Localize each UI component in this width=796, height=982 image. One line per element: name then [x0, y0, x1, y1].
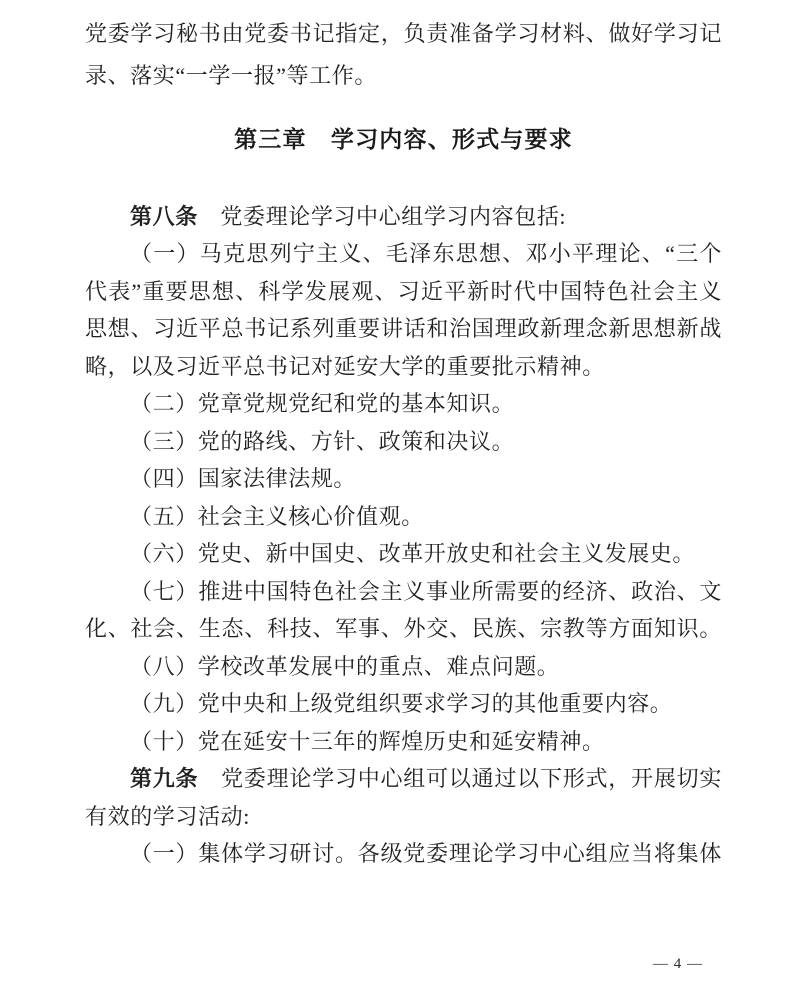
chapter-heading: 第三章 学习内容、形式与要求 — [85, 121, 722, 159]
text-segment: （四）国家法律法规。 — [130, 466, 356, 491]
text-line: （七）推进中国特色社会主义事业所需要的经济、政治、文 — [85, 573, 722, 611]
body-content: 第八条 党委理论学习中心组学习内容包括:（一）马克思列宁主义、毛泽东思想、邓小平… — [85, 198, 722, 873]
text-line: 录、落实“一学一报”等工作。 — [85, 55, 722, 97]
text-segment: （一）集体学习研讨。各级党委理论学习中心组应当将集体 — [130, 841, 722, 866]
text-segment: 党委理论学习中心组可以通过以下形式，开展切实 — [198, 766, 722, 791]
text-segment: 思想、习近平总书记系列重要讲话和治国理政新理念新思想新战 — [85, 316, 722, 341]
text-line: 化、社会、生态、科技、军事、外交、民族、宗教等方面知识。 — [85, 610, 722, 648]
text-line: （四）国家法律法规。 — [85, 460, 722, 498]
text-line: （十）党在延安十三年的辉煌历史和延安精神。 — [85, 723, 722, 761]
text-line: （一）马克思列宁主义、毛泽东思想、邓小平理论、“三个 — [85, 235, 722, 273]
page-number: — 4 — — [653, 956, 703, 973]
document-page: 党委学习秘书由党委书记指定，负责准备学习材料、做好学习记录、落实“一学一报”等工… — [0, 0, 796, 982]
text-segment: （二）党章党规党纪和党的基本知识。 — [130, 391, 514, 416]
text-line: 思想、习近平总书记系列重要讲话和治国理政新理念新思想新战 — [85, 310, 722, 348]
article-number-label: 第九条 — [130, 766, 198, 791]
text-segment: （九）党中央和上级党组织要求学习的其他重要内容。 — [130, 691, 672, 716]
text-segment: （三）党的路线、方针、政策和决议。 — [130, 429, 514, 454]
text-line: （六）党史、新中国史、改革开放史和社会主义发展史。 — [85, 535, 722, 573]
text-line: 有效的学习活动: — [85, 798, 722, 836]
text-line: 第八条 党委理论学习中心组学习内容包括: — [85, 198, 722, 236]
text-line: （九）党中央和上级党组织要求学习的其他重要内容。 — [85, 685, 722, 723]
text-segment: （六）党史、新中国史、改革开放史和社会主义发展史。 — [130, 541, 695, 566]
document-text: 党委学习秘书由党委书记指定，负责准备学习材料、做好学习记录、落实“一学一报”等工… — [85, 13, 722, 873]
text-line: 第九条 党委理论学习中心组可以通过以下形式，开展切实 — [85, 760, 722, 798]
text-line: （二）党章党规党纪和党的基本知识。 — [85, 385, 722, 423]
text-segment: （八）学校改革发展中的重点、难点问题。 — [130, 654, 559, 679]
text-line: 党委学习秘书由党委书记指定，负责准备学习材料、做好学习记 — [85, 13, 722, 55]
text-segment: 党委学习秘书由党委书记指定，负责准备学习材料、做好学习记 — [85, 21, 722, 46]
text-segment: （七）推进中国特色社会主义事业所需要的经济、政治、文 — [130, 579, 722, 604]
text-segment: （五）社会主义核心价值观。 — [130, 504, 424, 529]
text-segment: 略，以及习近平总书记对延安大学的重要批示精神。 — [85, 354, 605, 379]
text-segment: 录、落实“一学一报”等工作。 — [85, 63, 377, 88]
text-segment: 化、社会、生态、科技、军事、外交、民族、宗教等方面知识。 — [85, 616, 722, 641]
text-line: （八）学校改革发展中的重点、难点问题。 — [85, 648, 722, 686]
text-line: 略，以及习近平总书记对延安大学的重要批示精神。 — [85, 348, 722, 386]
text-segment: 代表”重要思想、科学发展观、习近平新时代中国特色社会主义 — [85, 279, 722, 304]
article-number-label: 第八条 — [130, 204, 198, 229]
text-segment: 有效的学习活动: — [85, 804, 250, 829]
text-line: （三）党的路线、方针、政策和决议。 — [85, 423, 722, 461]
text-line: （一）集体学习研讨。各级党委理论学习中心组应当将集体 — [85, 835, 722, 873]
text-line: （五）社会主义核心价值观。 — [85, 498, 722, 536]
text-line: 代表”重要思想、科学发展观、习近平新时代中国特色社会主义 — [85, 273, 722, 311]
intro-paragraph: 党委学习秘书由党委书记指定，负责准备学习材料、做好学习记录、落实“一学一报”等工… — [85, 13, 722, 97]
text-segment: （一）马克思列宁主义、毛泽东思想、邓小平理论、“三个 — [130, 241, 722, 266]
text-segment: 党委理论学习中心组学习内容包括: — [198, 204, 566, 229]
text-segment: （十）党在延安十三年的辉煌历史和延安精神。 — [130, 729, 605, 754]
